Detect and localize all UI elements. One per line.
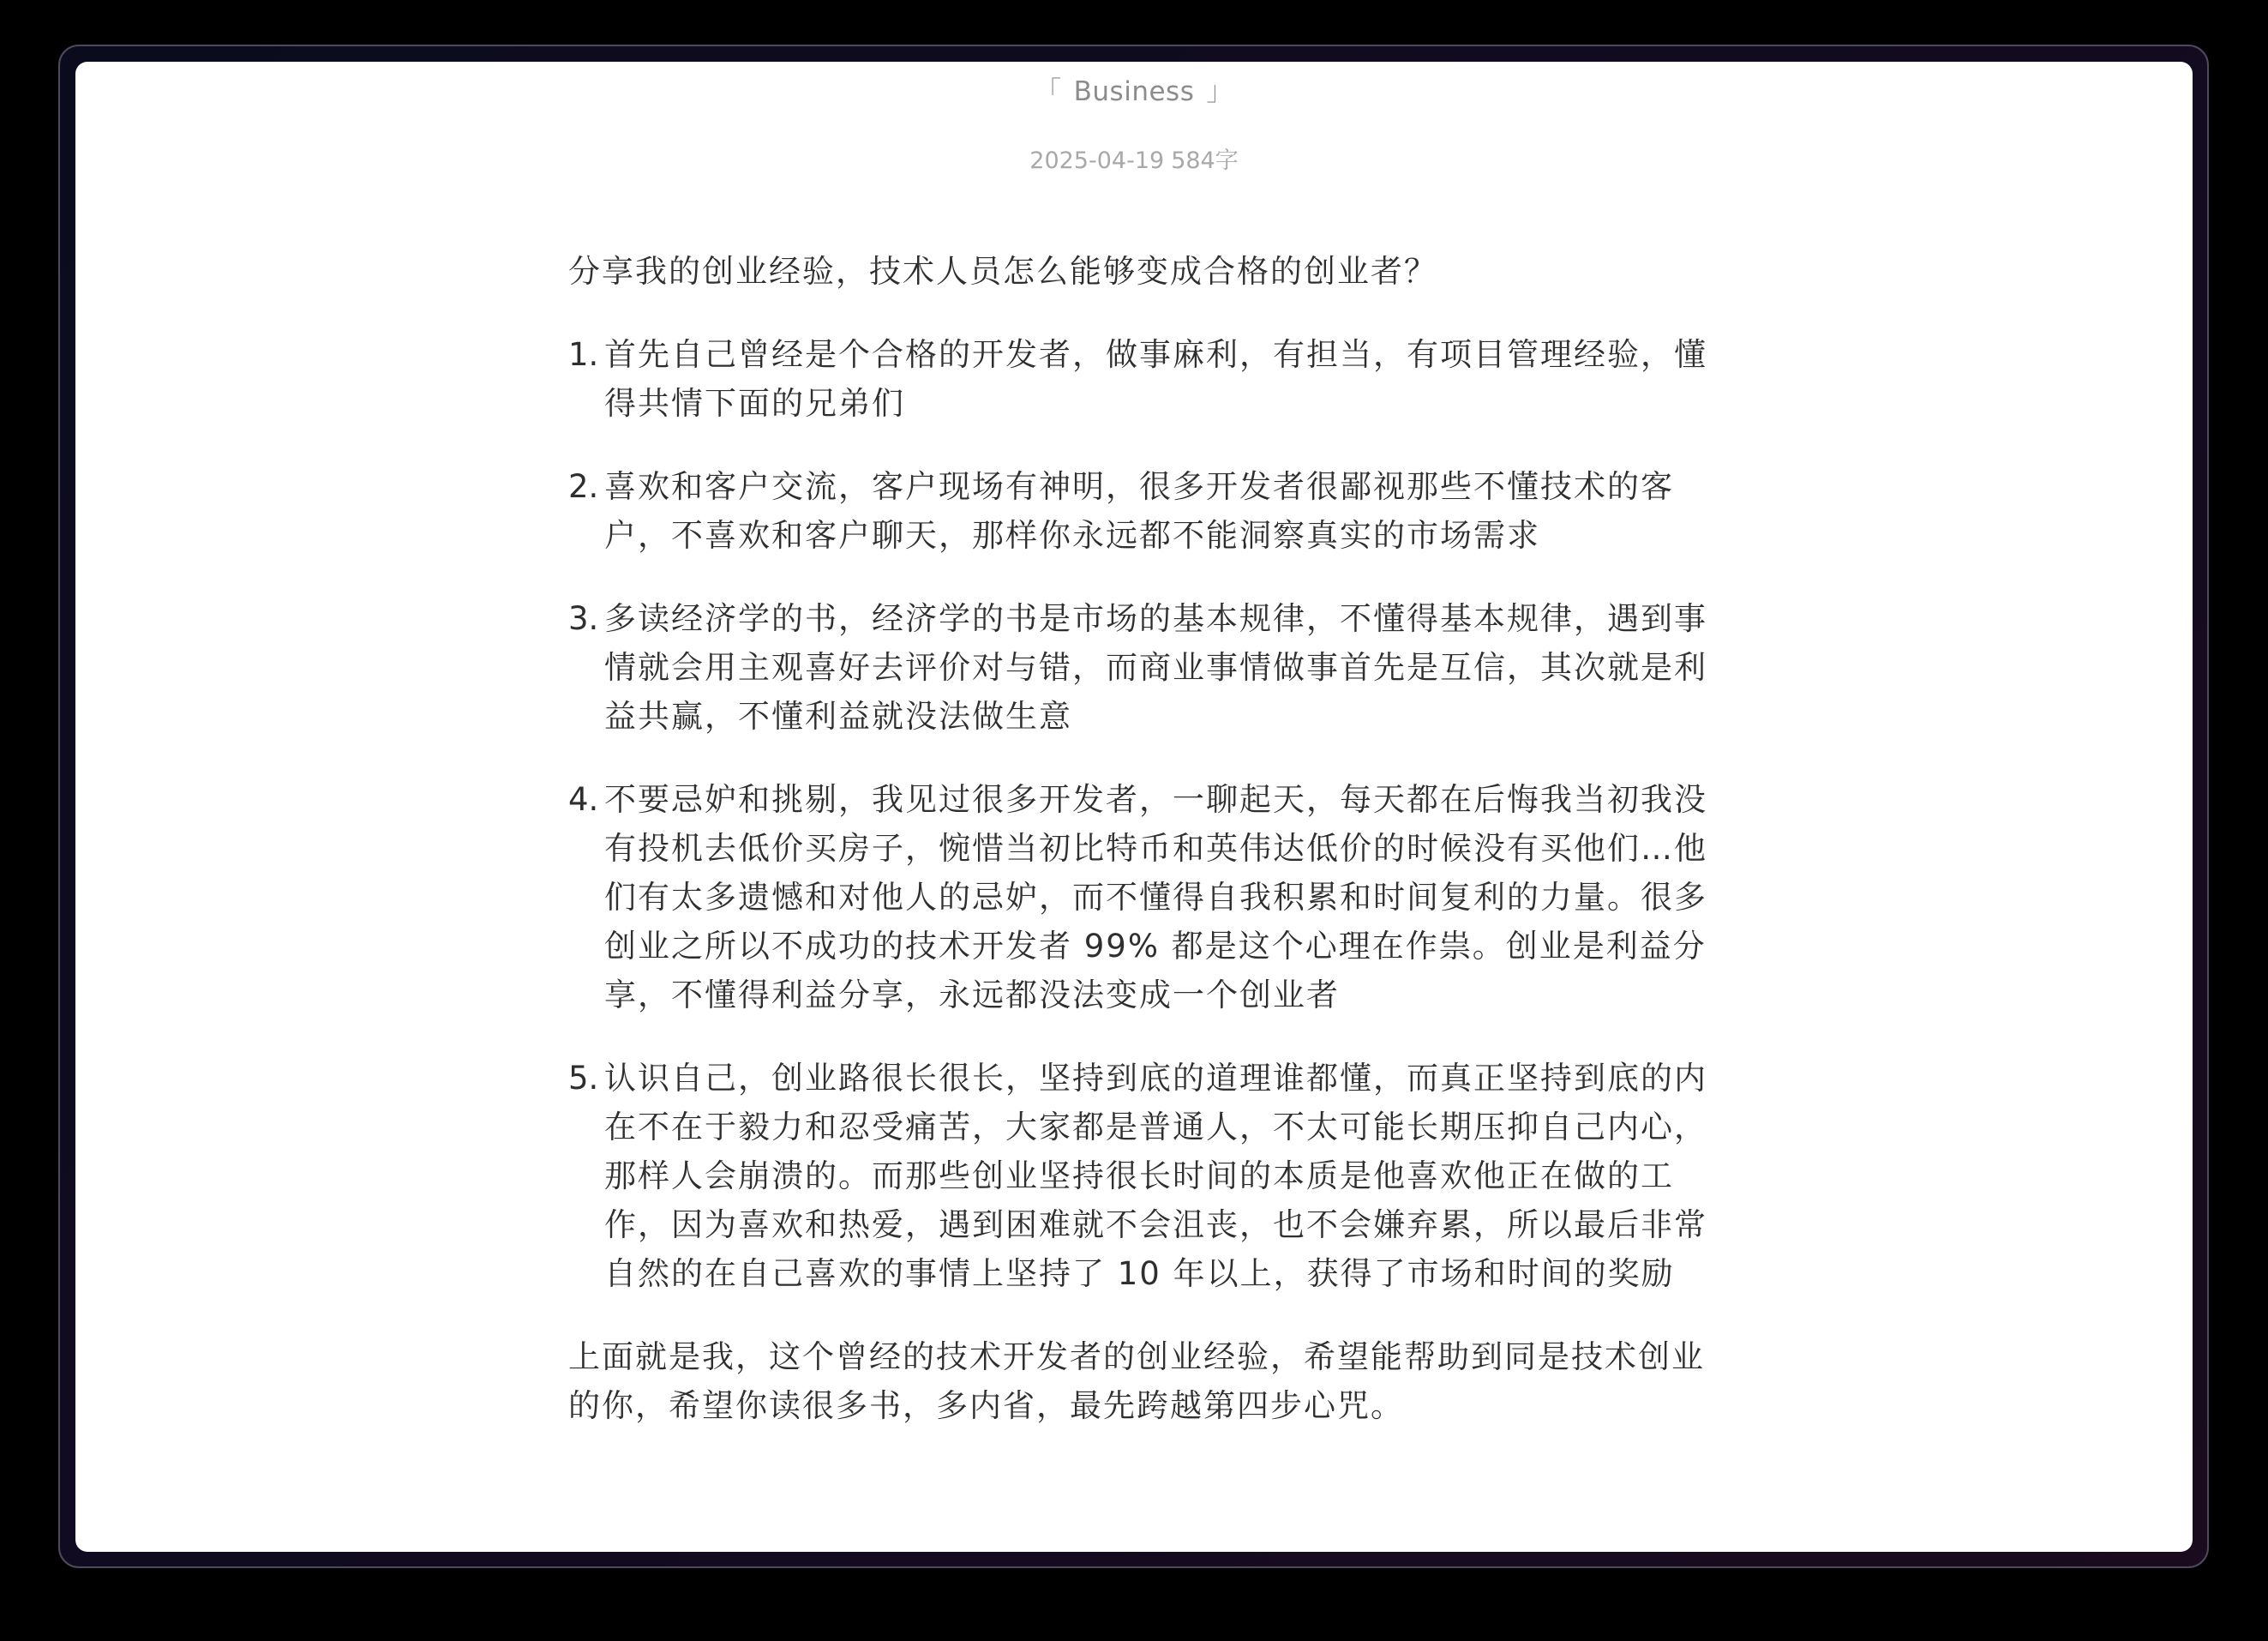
- article-meta: 2025-04-19584字: [75, 142, 2193, 180]
- word-count: 584字: [1171, 147, 1239, 174]
- conclusion-paragraph: 上面就是我，这个曾经的技术开发者的创业经验，希望能帮助到同是技术创业的你，希望你…: [568, 1332, 1708, 1430]
- list-item-number: 3.: [568, 594, 598, 643]
- intro-paragraph: 分享我的创业经验，技术人员怎么能够变成合格的创业者？: [568, 247, 1708, 296]
- list-item-number: 4.: [568, 775, 598, 824]
- article-body: 分享我的创业经验，技术人员怎么能够变成合格的创业者？ 1. 首先自己曾经是个合格…: [568, 247, 1708, 1464]
- list-item-number: 2.: [568, 462, 598, 511]
- list-item-text: 不要忌妒和挑剔，我见过很多开发者，一聊起天，每天都在后悔我当初我没有投机去低价买…: [604, 781, 1707, 1013]
- list-item-text: 认识自己，创业路很长很长，坚持到底的道理谁都懂，而真正坚持到底的内在不在于毅力和…: [604, 1060, 1707, 1292]
- list-item: 1. 首先自己曾经是个合格的开发者，做事麻利，有担当，有项目管理经验，懂得共情下…: [568, 330, 1708, 428]
- category-tag[interactable]: 「Business」: [75, 72, 2193, 111]
- numbered-list: 1. 首先自己曾经是个合格的开发者，做事麻利，有担当，有项目管理经验，懂得共情下…: [568, 330, 1708, 1298]
- list-item: 4. 不要忌妒和挑剔，我见过很多开发者，一聊起天，每天都在后悔我当初我没有投机去…: [568, 775, 1708, 1019]
- list-item: 2. 喜欢和客户交流，客户现场有神明，很多开发者很鄙视那些不懂技术的客户，不喜欢…: [568, 462, 1708, 560]
- list-item: 5. 认识自己，创业路很长很长，坚持到底的道理谁都懂，而真正坚持到底的内在不在于…: [568, 1054, 1708, 1298]
- category-open-bracket: 「: [1035, 76, 1062, 107]
- list-item-number: 5.: [568, 1054, 598, 1103]
- list-item-text: 首先自己曾经是个合格的开发者，做事麻利，有担当，有项目管理经验，懂得共情下面的兄…: [604, 336, 1707, 422]
- list-item-text: 多读经济学的书，经济学的书是市场的基本规律，不懂得基本规律，遇到事情就会用主观喜…: [604, 600, 1707, 735]
- article-panel: 「Business」 2025-04-19584字 分享我的创业经验，技术人员怎…: [75, 62, 2193, 1552]
- window-frame: 「Business」 2025-04-19584字 分享我的创业经验，技术人员怎…: [58, 45, 2209, 1568]
- publish-date: 2025-04-19: [1029, 147, 1164, 174]
- category-label: Business: [1074, 76, 1195, 107]
- list-item-number: 1.: [568, 330, 598, 379]
- list-item-text: 喜欢和客户交流，客户现场有神明，很多开发者很鄙视那些不懂技术的客户，不喜欢和客户…: [604, 468, 1674, 554]
- list-item: 3. 多读经济学的书，经济学的书是市场的基本规律，不懂得基本规律，遇到事情就会用…: [568, 594, 1708, 741]
- category-close-bracket: 」: [1206, 76, 1233, 107]
